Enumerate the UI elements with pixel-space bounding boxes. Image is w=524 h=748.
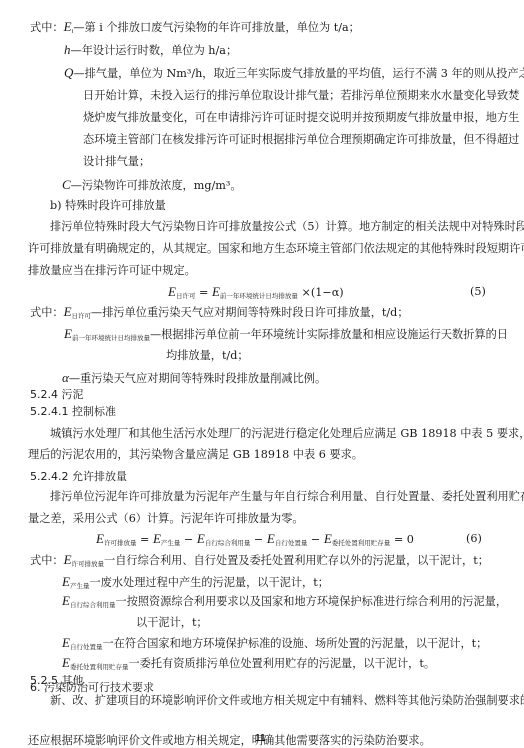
definition-row: h—年设计运行时数，单位为 h/a； [64,43,237,58]
paragraph-line: 城镇污水处理厂和其他生活污水处理厂的污泥进行稳定化处理后应满足 GB 18918… [50,427,524,441]
definition-row: Q—排气量，单位为 Nm³/h，取近三年实际废气排放量的平均值，运行不满 3 年… [64,66,524,81]
definition-continuation: 日开始计算，未投入运行的排污单位取设计排气量；若排污单位预期来水水量变化导致焚 [83,89,519,103]
paragraph-line: 新、改、扩建项目的环境影响评价文件或地方相关规定中有辅料、燃料等其他污染防治强制… [50,694,524,708]
definition-row: E产生量一废水处理过程中产生的污泥量，以干泥计，t； [62,575,329,593]
chapter-title: 6. 污染防治可行技术要求 [30,681,154,695]
definition-row: E委托处置利用贮存量一委托有资质排污单位处置利用贮存的污泥量，以干泥计，t。 [62,656,435,674]
subsection-title: b) 特殊时段许可排放量 [50,199,166,213]
paragraph-line: 排污单位污泥年许可排放量为污泥年产生量与年自行综合利用量、自行处置量、委托处置利… [50,490,524,504]
paragraph-line: 排污单位特殊时段大气污染物日许可排放量按公式（5）计算。地方制定的相关法规中对特… [50,220,524,234]
definition-row: C—污染物许可排放浓度，mg/m³。 [62,178,242,193]
definition-row: 式中：Ei—第 i 个排放口废气污染物的年许可排放量，单位为 t/a； [30,20,360,39]
equation-number: (5) [470,285,486,299]
paragraph-line: 量之差，采用公式（6）计算。污泥年许可排放量为零。 [28,512,304,526]
definition-continuation: 设计排气量； [83,155,150,169]
formula-6: E许可排放量 = E产生量 − E自行综合利用量 − E自行处置量 − E委托处… [96,532,414,550]
definition-continuation: 以干泥计，t； [136,616,208,630]
formula-5: E日许可 = E前一年环境统计日均排放量 ×(1−α) [168,285,344,303]
paragraph-line: 许可排放量有明确规定的，从其规定。国家和地方生态环境主管部门依法规定的其他特殊时… [28,242,524,256]
definition-text: —第 i 个排放口废气污染物的年许可排放量，单位为 t/a； [73,21,360,34]
definition-continuation: 态环境主管部门在核发排污许可证时根据排污单位合理预期确定许可排放量，但不得超过 [83,133,519,147]
definition-row: α—重污染天气应对期间等特殊时段排放量削减比例。 [62,371,326,386]
definition-row: E前一年环境统计日均排放量—根据排污单位前一年环境统计实际排放量和相应设施运行天… [64,327,508,345]
page-number: 11 [255,732,266,746]
section-title: 5.2.4.1 控制标准 [30,405,116,419]
paragraph-line: 排放量应当在排污许可证中规定。 [28,264,196,278]
definition-row: 式中：E许可排放量一自行综合利用、自行处置及委托处置利用贮存以外的污泥量，以干泥… [30,553,489,571]
symbol: E [64,19,72,34]
equation-number: (6) [466,532,482,546]
definition-row: E自行综合利用量一按照资源综合利用要求以及国家和地方环境保护标准进行综合利用的污… [62,594,507,612]
formula-lead: 式中： [30,21,64,34]
paragraph-line: 理后的污泥农用的，其污染物含量应满足 GB 18918 中表 6 要求。 [28,448,363,462]
definition-row: 式中：E日许可—排污单位重污染天气应对期间等特殊时段日许可排放量，t/d； [30,305,409,323]
paragraph-line: 还应根据环境影响评价文件或地方相关规定，明确其他需要落实的污染防治要求。 [28,734,431,748]
definition-row: E自行处置量一在符合国家和地方环境保护标准的设施、场所处置的污泥量，以干泥计，t… [62,636,487,654]
section-title: 5.2.4 污泥 [30,388,84,402]
definition-continuation: 烧炉废气排放量变化，可在申请排污许可证时提交说明并按预期废气排放量申报，地方生 [83,111,519,125]
definition-continuation: 均排放量，t/d； [166,349,249,363]
section-title: 5.2.4.2 允许排放量 [30,470,127,484]
